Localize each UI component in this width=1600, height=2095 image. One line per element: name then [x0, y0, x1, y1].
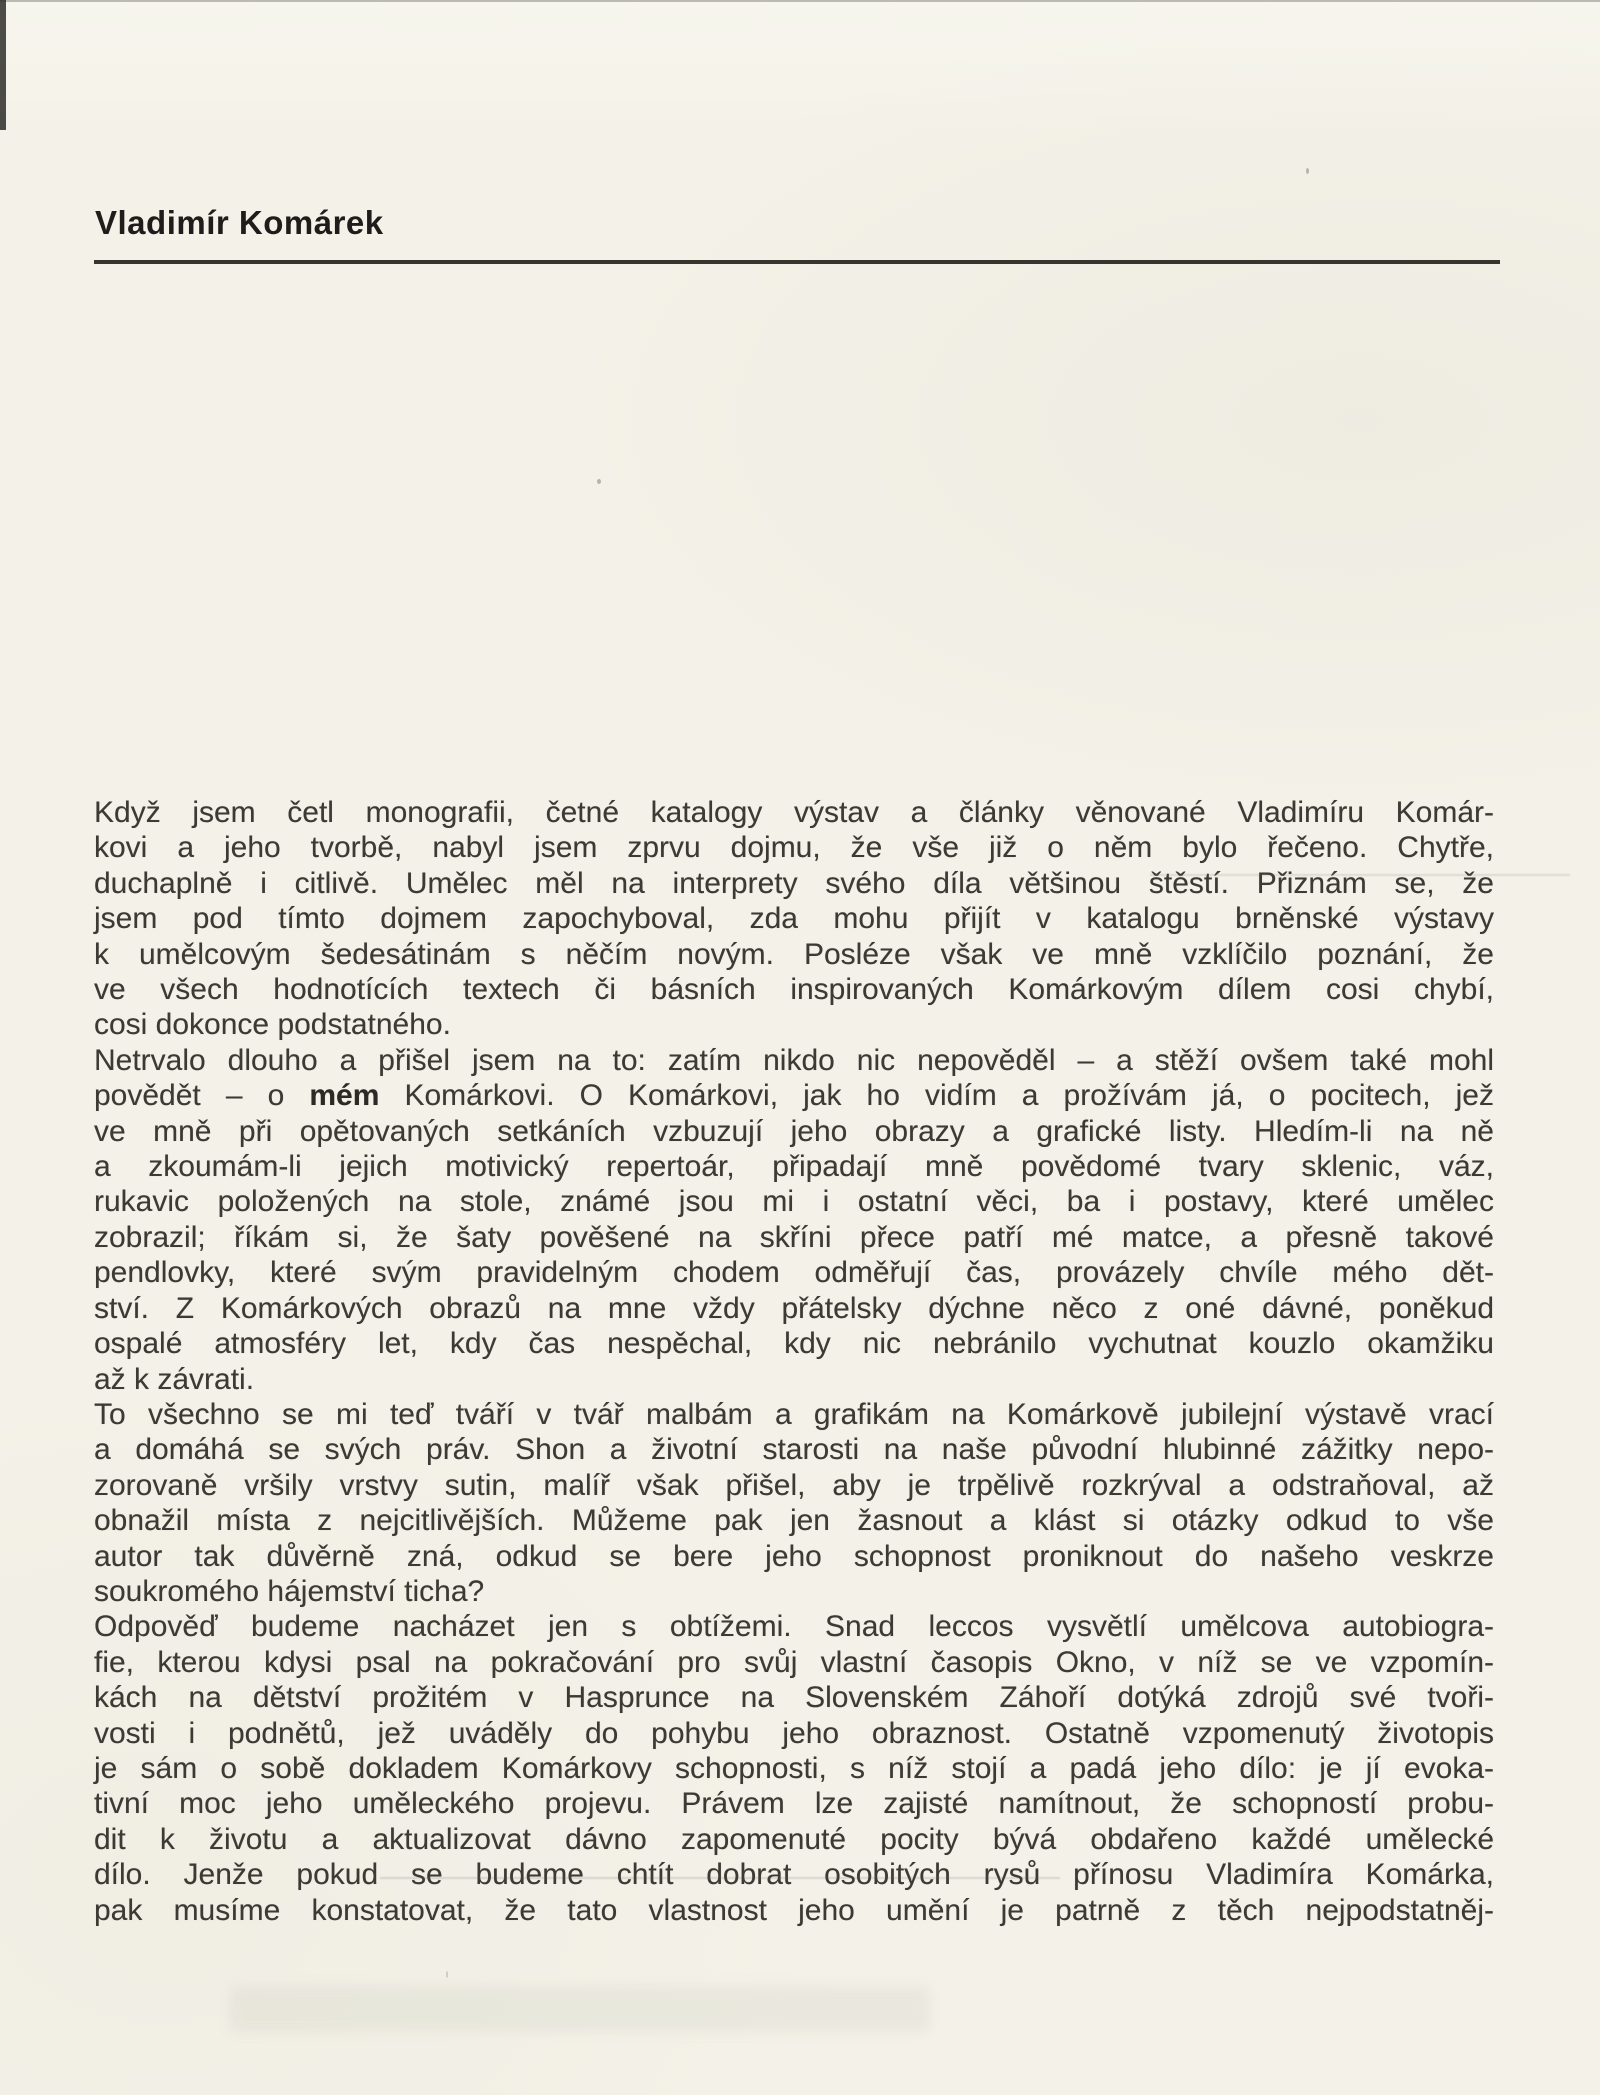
text-line: je sám o sobě dokladem Komárkovy schopno… — [94, 1751, 1494, 1786]
text-line: kovi a jeho tvorbě, nabyl jsem zprvu doj… — [94, 830, 1494, 865]
text-line: tivní moc jeho uměleckého projevu. Práve… — [94, 1786, 1494, 1821]
paragraph: To všechno se mi teď tváří v tvář malbám… — [94, 1397, 1494, 1609]
text-segment: Komárkovi. O Komárkovi, jak ho vidím a p… — [379, 1079, 1494, 1112]
paragraph: Odpověď budeme nacházet jen s obtížemi. … — [94, 1609, 1494, 1928]
text-line: ospalé atmosféry let, kdy čas nespěchal,… — [94, 1326, 1494, 1361]
text-line: dit k životu a aktualizovat dávno zapome… — [94, 1822, 1494, 1857]
text-line: ve mně při opětovaných setkáních vzbuzuj… — [94, 1114, 1494, 1149]
title-rule — [94, 260, 1500, 264]
page-title: Vladimír Komárek — [95, 206, 384, 239]
paragraph: Netrvalo dlouho a přišel jsem na to: zat… — [94, 1043, 1494, 1397]
text-line: jsem pod tímto dojmem zapochyboval, zda … — [94, 901, 1494, 936]
scan-speck — [446, 1971, 448, 1978]
text-line: soukromého hájemství ticha? — [94, 1574, 1494, 1609]
text-line: zobrazil; říkám si, že šaty pověšené na … — [94, 1220, 1494, 1255]
scan-edge-top — [0, 0, 1600, 2]
scan-speck — [597, 479, 601, 484]
text-line: k umělcovým šedesátinám s něčím novým. P… — [94, 937, 1494, 972]
scan-streak — [1150, 874, 1570, 876]
text-line: kách na dětství prožitém v Hasprunce na … — [94, 1680, 1494, 1715]
text-line: Když jsem četl monografii, četné katalog… — [94, 795, 1494, 830]
text-line: pak musíme konstatovat, že tato vlastnos… — [94, 1893, 1494, 1928]
text-line: To všechno se mi teď tváří v tvář malbám… — [94, 1397, 1494, 1432]
paragraph: Když jsem četl monografii, četné katalog… — [94, 795, 1494, 1043]
text-segment: povědět – o — [94, 1079, 309, 1112]
text-line: povědět – o mém Komárkovi. O Komárkovi, … — [94, 1078, 1494, 1113]
text-line: vosti i podnětů, jež uváděly do pohybu j… — [94, 1716, 1494, 1751]
catalog-page: Vladimír Komárek Když jsem četl monograf… — [0, 0, 1600, 2095]
text-line: dílo. Jenže pokud se budeme chtít dobrat… — [94, 1857, 1494, 1892]
text-line: ství. Z Komárkových obrazů na mne vždy p… — [94, 1291, 1494, 1326]
text-line: až k závrati. — [94, 1362, 1494, 1397]
text-line: duchaplně i citlivě. Umělec měl na inter… — [94, 866, 1494, 901]
scan-streak — [380, 1877, 1060, 1879]
scan-edge-left-corner — [0, 0, 6, 130]
text-line: Netrvalo dlouho a přišel jsem na to: zat… — [94, 1043, 1494, 1078]
text-line: fie, kterou kdysi psal na pokračování pr… — [94, 1645, 1494, 1680]
text-line: zorovaně vršily vrstvy sutin, malíř však… — [94, 1468, 1494, 1503]
text-line: ve všech hodnotících textech či básních … — [94, 972, 1494, 1007]
text-line: autor tak důvěrně zná, odkud se bere jeh… — [94, 1539, 1494, 1574]
scan-speck — [1306, 168, 1309, 174]
text-line: rukavic položených na stole, známé jsou … — [94, 1184, 1494, 1219]
text-line: pendlovky, které svým pravidelným chodem… — [94, 1255, 1494, 1290]
text-line: a zkoumám-li jejich motivický repertoár,… — [94, 1149, 1494, 1184]
text-line: a domáhá se svých práv. Shon a životní s… — [94, 1432, 1494, 1467]
text-line: Odpověď budeme nacházet jen s obtížemi. … — [94, 1609, 1494, 1644]
essay-text: Když jsem četl monografii, četné katalog… — [94, 795, 1494, 1928]
emphasized-word: mém — [309, 1079, 379, 1112]
text-line: obnažil místa z nejcitlivějších. Můžeme … — [94, 1503, 1494, 1538]
text-line: cosi dokonce podstatného. — [94, 1007, 1494, 1042]
ink-bleed-through — [230, 1986, 930, 2032]
